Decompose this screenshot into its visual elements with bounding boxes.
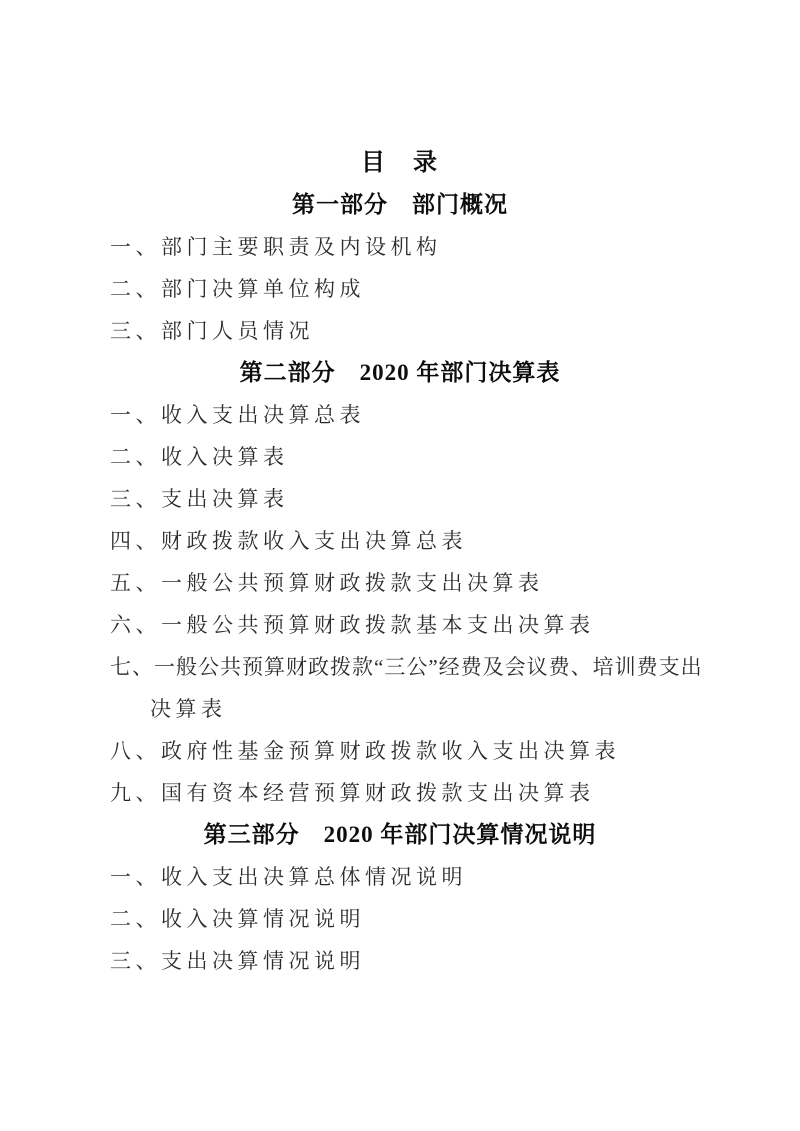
toc-item-part2-7-line1: 七、一般公共预算财政拨款“三公”经费及会议费、培训费支出 (0, 646, 800, 688)
toc-item-part3-3: 三、支出决算情况说明 (0, 940, 800, 982)
toc-item-part2-5: 五、一般公共预算财政拨款支出决算表 (0, 562, 800, 604)
toc-item-part2-9: 九、国有资本经营预算财政拨款支出决算表 (0, 772, 800, 814)
table-of-contents: 目 录 第一部分 部门概况 一、部门主要职责及内设机构 二、部门决算单位构成 三… (0, 0, 800, 982)
toc-heading-part-3: 第三部分 2020 年部门决算情况说明 (0, 814, 800, 856)
toc-item-part1-3: 三、部门人员情况 (0, 310, 800, 352)
toc-item-part2-1: 一、收入支出决算总表 (0, 394, 800, 436)
toc-item-part2-4: 四、财政拨款收入支出决算总表 (0, 520, 800, 562)
toc-item-part2-2: 二、收入决算表 (0, 436, 800, 478)
toc-item-part2-7-line2: 决算表 (0, 688, 800, 730)
document-page: 目 录 第一部分 部门概况 一、部门主要职责及内设机构 二、部门决算单位构成 三… (0, 0, 800, 1131)
toc-item-part3-1: 一、收入支出决算总体情况说明 (0, 856, 800, 898)
toc-item-part1-2: 二、部门决算单位构成 (0, 268, 800, 310)
toc-heading-part-2: 第二部分 2020 年部门决算表 (0, 352, 800, 394)
toc-item-part2-8: 八、政府性基金预算财政拨款收入支出决算表 (0, 730, 800, 772)
toc-item-part2-6: 六、一般公共预算财政拨款基本支出决算表 (0, 604, 800, 646)
toc-item-part1-1: 一、部门主要职责及内设机构 (0, 226, 800, 268)
toc-heading-part-1: 第一部分 部门概况 (0, 184, 800, 226)
toc-title: 目 录 (0, 142, 800, 184)
toc-item-part3-2: 二、收入决算情况说明 (0, 898, 800, 940)
toc-item-part2-3: 三、支出决算表 (0, 478, 800, 520)
